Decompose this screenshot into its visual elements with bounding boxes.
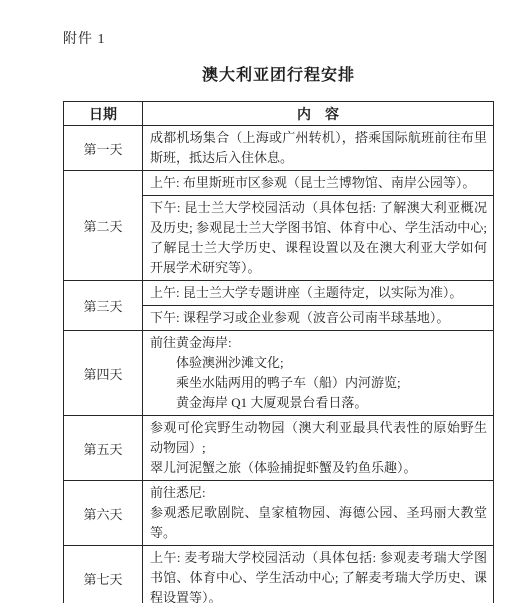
table-row: 第五天参观可伦宾野生动物园（澳大利亚最具代表性的原始野生动物园）;翠儿河泥蟹之旅… xyxy=(64,416,494,481)
content-line: 上午: 布里斯班市区参观（昆士兰博物馆、南岸公园等）。 xyxy=(150,173,487,193)
day-cell: 第六天 xyxy=(64,481,143,546)
content-cell: 前往黄金海岸: 体验澳洲沙滩文化; 乘坐水陆两用的鸭子车（船）内河游览; 黄金海… xyxy=(143,331,494,416)
content-line: 翠儿河泥蟹之旅（体验捕捉虾蟹及钓鱼乐趣）。 xyxy=(150,458,487,478)
content-cell: 下午: 昆士兰大学校园活动（具体包括: 了解澳大利亚概况及历史; 参观昆士兰大学… xyxy=(143,196,494,281)
content-cell: 成都机场集合（上海或广州转机），搭乘国际航班前往布里斯班，抵达后入住休息。 xyxy=(143,126,494,171)
content-cell: 前往悉尼:参观悉尼歌剧院、皇家植物园、海德公园、圣玛丽大教堂等。 xyxy=(143,481,494,546)
table-header-row: 日期 内 容 xyxy=(64,102,494,126)
column-header-content: 内 容 xyxy=(143,102,494,126)
content-line: 下午: 昆士兰大学校园活动（具体包括: 了解澳大利亚概况及历史; 参观昆士兰大学… xyxy=(150,198,487,278)
content-line: 前往黄金海岸: xyxy=(150,333,487,353)
attachment-label: 附件 1 xyxy=(63,28,106,48)
day-cell: 第一天 xyxy=(64,126,143,171)
content-line: 上午: 昆士兰大学专题讲座（主题待定，以实际为准）。 xyxy=(150,283,487,303)
content-cell: 上午: 昆士兰大学专题讲座（主题待定，以实际为准）。 xyxy=(143,281,494,306)
document-page: 附件 1 澳大利亚团行程安排 日期 内 容 第一天成都机场集合（上海或广州转机）… xyxy=(0,0,514,603)
table-row: 第一天成都机场集合（上海或广州转机），搭乘国际航班前往布里斯班，抵达后入住休息。 xyxy=(64,126,494,171)
day-cell: 第七天 xyxy=(64,546,143,603)
table-row: 第二天上午: 布里斯班市区参观（昆士兰博物馆、南岸公园等）。 xyxy=(64,171,494,196)
content-line: 体验澳洲沙滩文化; xyxy=(150,353,487,373)
page-title: 澳大利亚团行程安排 xyxy=(63,62,494,85)
content-line: 参观可伦宾野生动物园（澳大利亚最具代表性的原始野生动物园）; xyxy=(150,418,487,458)
table-row: 第三天上午: 昆士兰大学专题讲座（主题待定，以实际为准）。 xyxy=(64,281,494,306)
content-cell: 上午: 布里斯班市区参观（昆士兰博物馆、南岸公园等）。 xyxy=(143,171,494,196)
content-line: 上午: 麦考瑞大学校园活动（具体包括: 参观麦考瑞大学图书馆、体育中心、学生活动… xyxy=(150,548,487,603)
content-line: 下午: 课程学习或企业参观（波音公司南半球基地）。 xyxy=(150,308,487,328)
itinerary-table: 日期 内 容 第一天成都机场集合（上海或广州转机），搭乘国际航班前往布里斯班，抵… xyxy=(63,101,494,603)
content-line: 前往悉尼: xyxy=(150,483,487,503)
content-cell: 参观可伦宾野生动物园（澳大利亚最具代表性的原始野生动物园）;翠儿河泥蟹之旅（体验… xyxy=(143,416,494,481)
table-row: 第四天前往黄金海岸: 体验澳洲沙滩文化; 乘坐水陆两用的鸭子车（船）内河游览; … xyxy=(64,331,494,416)
content-cell: 上午: 麦考瑞大学校园活动（具体包括: 参观麦考瑞大学图书馆、体育中心、学生活动… xyxy=(143,546,494,603)
content-line: 乘坐水陆两用的鸭子车（船）内河游览; xyxy=(150,373,487,393)
content-line: 参观悉尼歌剧院、皇家植物园、海德公园、圣玛丽大教堂等。 xyxy=(150,503,487,543)
day-cell: 第五天 xyxy=(64,416,143,481)
content-cell: 下午: 课程学习或企业参观（波音公司南半球基地）。 xyxy=(143,306,494,331)
day-cell: 第四天 xyxy=(64,331,143,416)
content-line: 黄金海岸 Q1 大厦观景台看日落。 xyxy=(150,393,487,413)
table-row: 第六天前往悉尼:参观悉尼歌剧院、皇家植物园、海德公园、圣玛丽大教堂等。 xyxy=(64,481,494,546)
content-line: 成都机场集合（上海或广州转机），搭乘国际航班前往布里斯班，抵达后入住休息。 xyxy=(150,128,487,168)
day-cell: 第三天 xyxy=(64,281,143,331)
table-row: 第七天上午: 麦考瑞大学校园活动（具体包括: 参观麦考瑞大学图书馆、体育中心、学… xyxy=(64,546,494,603)
day-cell: 第二天 xyxy=(64,171,143,281)
column-header-date: 日期 xyxy=(64,102,143,126)
